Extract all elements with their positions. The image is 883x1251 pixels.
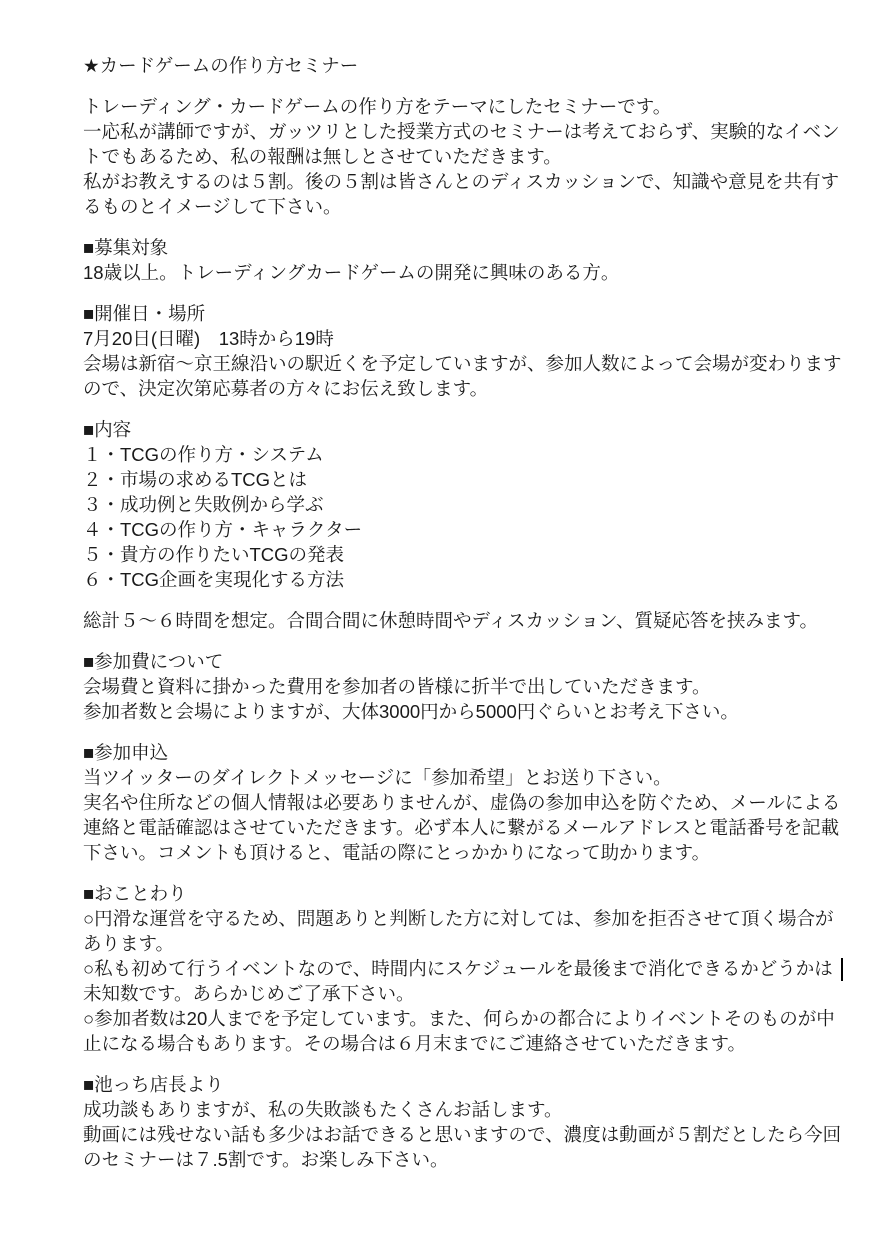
- section-application: ■参加申込 当ツイッターのダイレクトメッセージに「参加希望」とお送り下さい。 実…: [83, 740, 858, 865]
- section-intro: トレーディング・カードゲームの作り方をテーマにしたセミナーです。 一応私が講師で…: [83, 94, 858, 219]
- document-title: ★カードゲームの作り方セミナー: [83, 53, 858, 78]
- text-cursor: [841, 958, 843, 981]
- section-contents: ■内容 １・TCGの作り方・システム ２・市場の求めるTCGとは ３・成功例と失…: [83, 417, 858, 592]
- section-from-owner: ■池っち店長より 成功談もありますが、私の失敗談もたくさんお話します。 動画には…: [83, 1072, 858, 1172]
- section-fee: ■参加費について 会場費と資料に掛かった費用を参加者の皆様に折半で出していただき…: [83, 649, 858, 724]
- section-recruit-target: ■募集対象 18歳以上。トレーディングカードゲームの開発に興味のある方。: [83, 235, 858, 285]
- section-date-venue: ■開催日・場所 7月20日(日曜) 13時から19時 会場は新宿～京王線沿いの駅…: [83, 301, 858, 401]
- section-duration-note: 総計５～６時間を想定。合間合間に休憩時間やディスカッション、質疑応答を挟みます。: [83, 608, 858, 633]
- text-editor-surface[interactable]: ★カードゲームの作り方セミナー トレーディング・カードゲームの作り方をテーマにし…: [83, 53, 858, 1172]
- section-disclaimer: ■おことわり ○円滑な運営を守るため、問題ありと判断した方に対しては、参加を拒否…: [83, 881, 858, 1056]
